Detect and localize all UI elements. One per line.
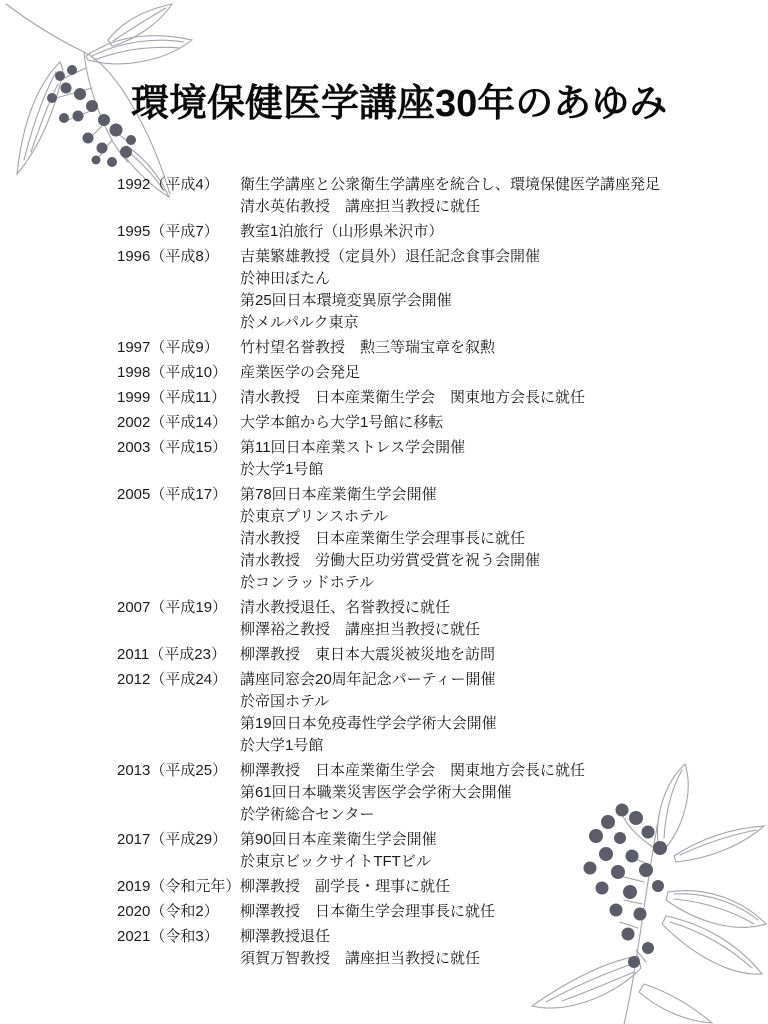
entry-year: 2003（平成15） bbox=[117, 437, 240, 459]
entry-lines: 竹村望名誉教授 勲三等瑞宝章を叙勲 bbox=[240, 337, 697, 359]
entry-line: 教室1泊旅行（山形県米沢市） bbox=[240, 221, 697, 243]
entry-line: 清水教授退任、名誉教授に就任 bbox=[240, 597, 697, 619]
entry-lines: 柳澤教授 東日本大震災被災地を訪問 bbox=[240, 644, 697, 666]
timeline-entry: 2012（平成24） 講座同窓会20周年記念パーティー開催於帝国ホテル第19回日… bbox=[117, 669, 697, 757]
timeline-entry: 2011（平成23） 柳澤教授 東日本大震災被災地を訪問 bbox=[117, 644, 697, 666]
entry-line: 於メルパルク東京 bbox=[240, 312, 697, 334]
page-title: 環境保健医学講座30年のあゆみ bbox=[131, 72, 667, 127]
entry-line: 於コンラッドホテル bbox=[240, 572, 697, 594]
entry-lines: 第78回日本産業衛生学会開催於東京プリンスホテル清水教授 日本産業衛生学会理事長… bbox=[240, 484, 697, 594]
entry-year: 2017（平成29） bbox=[117, 829, 240, 851]
entry-year: 1999（平成11） bbox=[117, 387, 240, 409]
timeline-entry: 2005（平成17） 第78回日本産業衛生学会開催於東京プリンスホテル清水教授 … bbox=[117, 484, 697, 594]
timeline-entry: 1995（平成7） 教室1泊旅行（山形県米沢市） bbox=[117, 221, 697, 243]
entry-line: 於大学1号館 bbox=[240, 735, 697, 757]
entry-year: 2007（平成19） bbox=[117, 597, 240, 619]
entry-lines: 産業医学の会発足 bbox=[240, 362, 697, 384]
entry-line: 清水教授 労働大臣功労賞受賞を祝う会開催 bbox=[240, 550, 697, 572]
entry-year: 2002（平成14） bbox=[117, 412, 240, 434]
timeline-entry: 1998（平成10） 産業医学の会発足 bbox=[117, 362, 697, 384]
entry-lines: 清水教授退任、名誉教授に就任柳澤裕之教授 講座担当教授に就任 bbox=[240, 597, 697, 641]
entry-line: 柳澤教授 東日本大震災被災地を訪問 bbox=[240, 644, 697, 666]
entry-lines: 柳澤教授退任須賀万智教授 講座担当教授に就任 bbox=[240, 926, 697, 970]
entry-line: 竹村望名誉教授 勲三等瑞宝章を叙勲 bbox=[240, 337, 697, 359]
entry-lines: 第11回日本産業ストレス学会開催於大学1号館 bbox=[240, 437, 697, 481]
entry-year: 2005（平成17） bbox=[117, 484, 240, 506]
entry-line: 清水教授 日本産業衛生学会理事長に就任 bbox=[240, 528, 697, 550]
entry-line: 柳澤教授退任 bbox=[240, 926, 697, 948]
entry-year: 2013（平成25） bbox=[117, 760, 240, 782]
timeline-entry: 2020（令和2） 柳澤教授 日本衛生学会理事長に就任 bbox=[117, 901, 697, 923]
entry-lines: 衛生学講座と公衆衛生学講座を統合し、環境保健医学講座発足清水英佑教授 講座担当教… bbox=[240, 174, 697, 218]
entry-line: 清水教授 日本産業衛生学会 関東地方会長に就任 bbox=[240, 387, 697, 409]
entry-line: 於学術総合センター bbox=[240, 804, 697, 826]
timeline: 1992（平成4） 衛生学講座と公衆衛生学講座を統合し、環境保健医学講座発足清水… bbox=[117, 174, 697, 973]
entry-lines: 柳澤教授 日本衛生学会理事長に就任 bbox=[240, 901, 697, 923]
entry-line: 第25回日本環境変異原学会開催 bbox=[240, 290, 697, 312]
entry-year: 2020（令和2） bbox=[117, 901, 240, 923]
entry-year: 2021（令和3） bbox=[117, 926, 240, 948]
entry-lines: 講座同窓会20周年記念パーティー開催於帝国ホテル第19回日本免疫毒性学会学術大会… bbox=[240, 669, 697, 757]
entry-year: 1992（平成4） bbox=[117, 174, 240, 196]
entry-year: 1997（平成9） bbox=[117, 337, 240, 359]
entry-line: 吉葉繁雄教授（定員外）退任記念食事会開催 bbox=[240, 246, 697, 268]
timeline-entry: 2017（平成29） 第90回日本産業衛生学会開催於東京ビックサイトTFTビル bbox=[117, 829, 697, 873]
entry-line: 第19回日本免疫毒性学会学術大会開催 bbox=[240, 713, 697, 735]
timeline-entry: 2002（平成14） 大学本館から大学1号館に移転 bbox=[117, 412, 697, 434]
entry-line: 柳澤教授 日本衛生学会理事長に就任 bbox=[240, 901, 697, 923]
entry-line: 清水英佑教授 講座担当教授に就任 bbox=[240, 196, 697, 218]
entry-lines: 柳澤教授 日本産業衛生学会 関東地方会長に就任第61回日本職業災害医学会学術大会… bbox=[240, 760, 697, 826]
entry-lines: 第90回日本産業衛生学会開催於東京ビックサイトTFTビル bbox=[240, 829, 697, 873]
timeline-entry: 1992（平成4） 衛生学講座と公衆衛生学講座を統合し、環境保健医学講座発足清水… bbox=[117, 174, 697, 218]
timeline-entry: 2003（平成15） 第11回日本産業ストレス学会開催於大学1号館 bbox=[117, 437, 697, 481]
entry-line: 於東京プリンスホテル bbox=[240, 506, 697, 528]
entry-lines: 清水教授 日本産業衛生学会 関東地方会長に就任 bbox=[240, 387, 697, 409]
entry-year: 2019（令和元年） bbox=[117, 876, 240, 898]
entry-line: 須賀万智教授 講座担当教授に就任 bbox=[240, 948, 697, 970]
entry-line: 柳澤教授 日本産業衛生学会 関東地方会長に就任 bbox=[240, 760, 697, 782]
timeline-entry: 2013（平成25） 柳澤教授 日本産業衛生学会 関東地方会長に就任第61回日本… bbox=[117, 760, 697, 826]
entry-line: 第90回日本産業衛生学会開催 bbox=[240, 829, 697, 851]
entry-year: 1998（平成10） bbox=[117, 362, 240, 384]
entry-year: 1995（平成7） bbox=[117, 221, 240, 243]
timeline-entry: 1996（平成8） 吉葉繁雄教授（定員外）退任記念食事会開催於神田ぼたん第25回… bbox=[117, 246, 697, 334]
entry-line: 大学本館から大学1号館に移転 bbox=[240, 412, 697, 434]
entry-lines: 吉葉繁雄教授（定員外）退任記念食事会開催於神田ぼたん第25回日本環境変異原学会開… bbox=[240, 246, 697, 334]
timeline-entry: 2019（令和元年） 柳澤教授 副学長・理事に就任 bbox=[117, 876, 697, 898]
timeline-entry: 1997（平成9） 竹村望名誉教授 勲三等瑞宝章を叙勲 bbox=[117, 337, 697, 359]
entry-line: 産業医学の会発足 bbox=[240, 362, 697, 384]
entry-year: 2012（平成24） bbox=[117, 669, 240, 691]
entry-lines: 教室1泊旅行（山形県米沢市） bbox=[240, 221, 697, 243]
timeline-entry: 2007（平成19） 清水教授退任、名誉教授に就任柳澤裕之教授 講座担当教授に就… bbox=[117, 597, 697, 641]
timeline-entry: 2021（令和3） 柳澤教授退任須賀万智教授 講座担当教授に就任 bbox=[117, 926, 697, 970]
entry-line: 於神田ぼたん bbox=[240, 268, 697, 290]
entry-line: 講座同窓会20周年記念パーティー開催 bbox=[240, 669, 697, 691]
entry-line: 柳澤教授 副学長・理事に就任 bbox=[240, 876, 697, 898]
timeline-entry: 1999（平成11） 清水教授 日本産業衛生学会 関東地方会長に就任 bbox=[117, 387, 697, 409]
entry-line: 柳澤裕之教授 講座担当教授に就任 bbox=[240, 619, 697, 641]
entry-line: 第11回日本産業ストレス学会開催 bbox=[240, 437, 697, 459]
entry-line: 第78回日本産業衛生学会開催 bbox=[240, 484, 697, 506]
entry-lines: 大学本館から大学1号館に移転 bbox=[240, 412, 697, 434]
entry-year: 1996（平成8） bbox=[117, 246, 240, 268]
entry-line: 於帝国ホテル bbox=[240, 691, 697, 713]
entry-line: 於大学1号館 bbox=[240, 459, 697, 481]
entry-line: 於東京ビックサイトTFTビル bbox=[240, 851, 697, 873]
entry-lines: 柳澤教授 副学長・理事に就任 bbox=[240, 876, 697, 898]
entry-line: 第61回日本職業災害医学会学術大会開催 bbox=[240, 782, 697, 804]
entry-line: 衛生学講座と公衆衛生学講座を統合し、環境保健医学講座発足 bbox=[240, 174, 697, 196]
entry-year: 2011（平成23） bbox=[117, 644, 240, 666]
